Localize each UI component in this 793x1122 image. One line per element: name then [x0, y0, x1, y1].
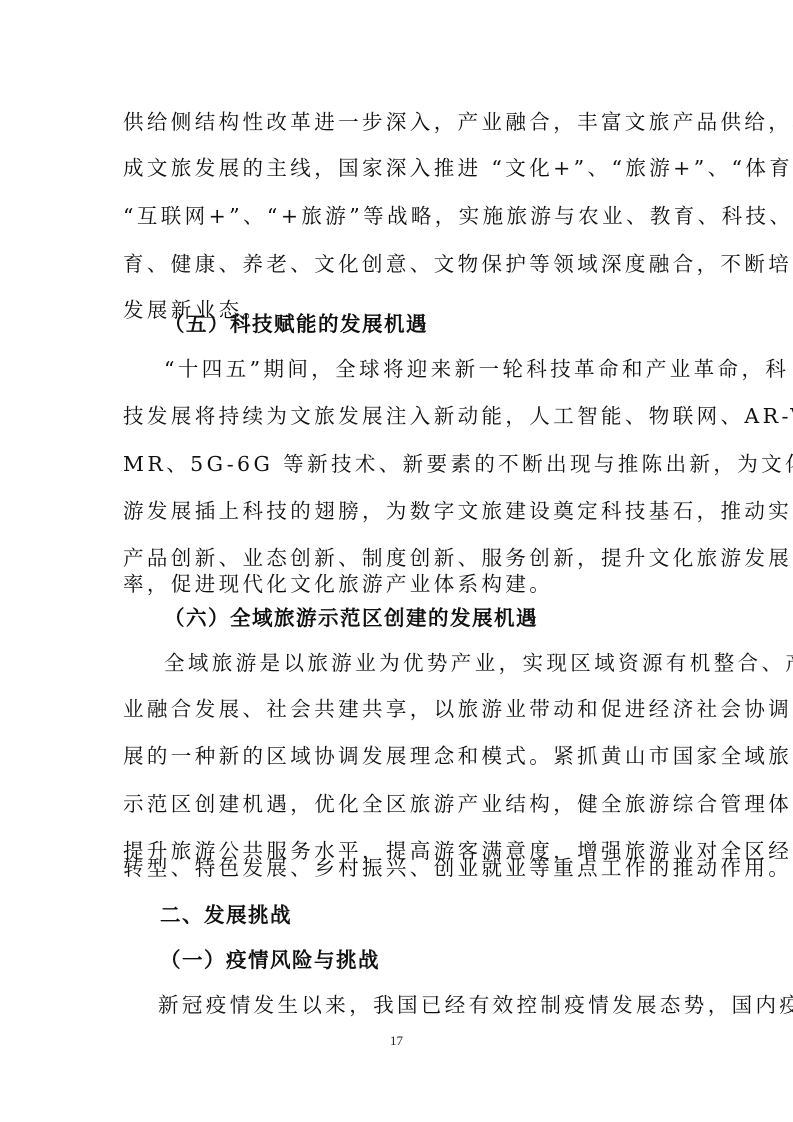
paragraph-line: MR、5G-6G 等新技术、新要素的不断出现与推陈出新，为文化和旅 [123, 452, 675, 476]
paragraph-line: 供给侧结构性改革进一步深入，产业融合，丰富文旅产品供给，构 [123, 110, 675, 134]
paragraph-line: 全域旅游是以旅游业为优势产业，实现区域资源有机整合、产 [164, 651, 675, 675]
paragraph-line: “十四五”期间，全球将迎来新一轮科技革命和产业革命，科 [164, 357, 675, 381]
page-number: 17 [0, 1033, 793, 1049]
section-heading: （一）疫情风险与挑战 [160, 948, 380, 972]
paragraph-line: 转型、特色发展、乡村振兴、创业就业等重点工作的推动作用。 [123, 856, 675, 880]
paragraph-line: 示范区创建机遇，优化全区旅游产业结构，健全旅游综合管理体系， [123, 792, 675, 816]
paragraph-line: 新冠疫情发生以来，我国已经有效控制疫情发展态势，国内疫 [158, 993, 675, 1017]
section-heading: （六）全域旅游示范区创建的发展机遇 [164, 606, 538, 630]
paragraph-line: 育、健康、养老、文化创意、文物保护等领域深度融合，不断培育 [123, 252, 675, 276]
paragraph-line: 业融合发展、社会共建共享，以旅游业带动和促进经济社会协调发 [123, 697, 675, 721]
section-heading: （五）科技赋能的发展机遇 [164, 312, 428, 336]
document-page: 供给侧结构性改革进一步深入，产业融合，丰富文旅产品供给，构 成文旅发展的主线，国… [0, 0, 793, 1122]
paragraph-line: 成文旅发展的主线，国家深入推进 “文化+”、“旅游+”、“体育+”、 [123, 156, 675, 180]
paragraph-line: 游发展插上科技的翅膀，为数字文旅建设奠定科技基石，推动实现 [123, 499, 675, 523]
paragraph-line: “互联网+”、“+旅游”等战略，实施旅游与农业、教育、科技、体 [123, 204, 675, 228]
chapter-heading: 二、发展挑战 [160, 903, 292, 927]
paragraph-line: 展的一种新的区域协调发展理念和模式。紧抓黄山市国家全域旅游 [123, 744, 675, 768]
paragraph-line: 技发展将持续为文旅发展注入新动能，人工智能、物联网、AR-VR- [123, 404, 675, 428]
paragraph-line: 产品创新、业态创新、制度创新、服务创新，提升文化旅游发展效 [123, 546, 675, 570]
paragraph-line: 率，促进现代化文化旅游产业体系构建。 [123, 572, 675, 596]
